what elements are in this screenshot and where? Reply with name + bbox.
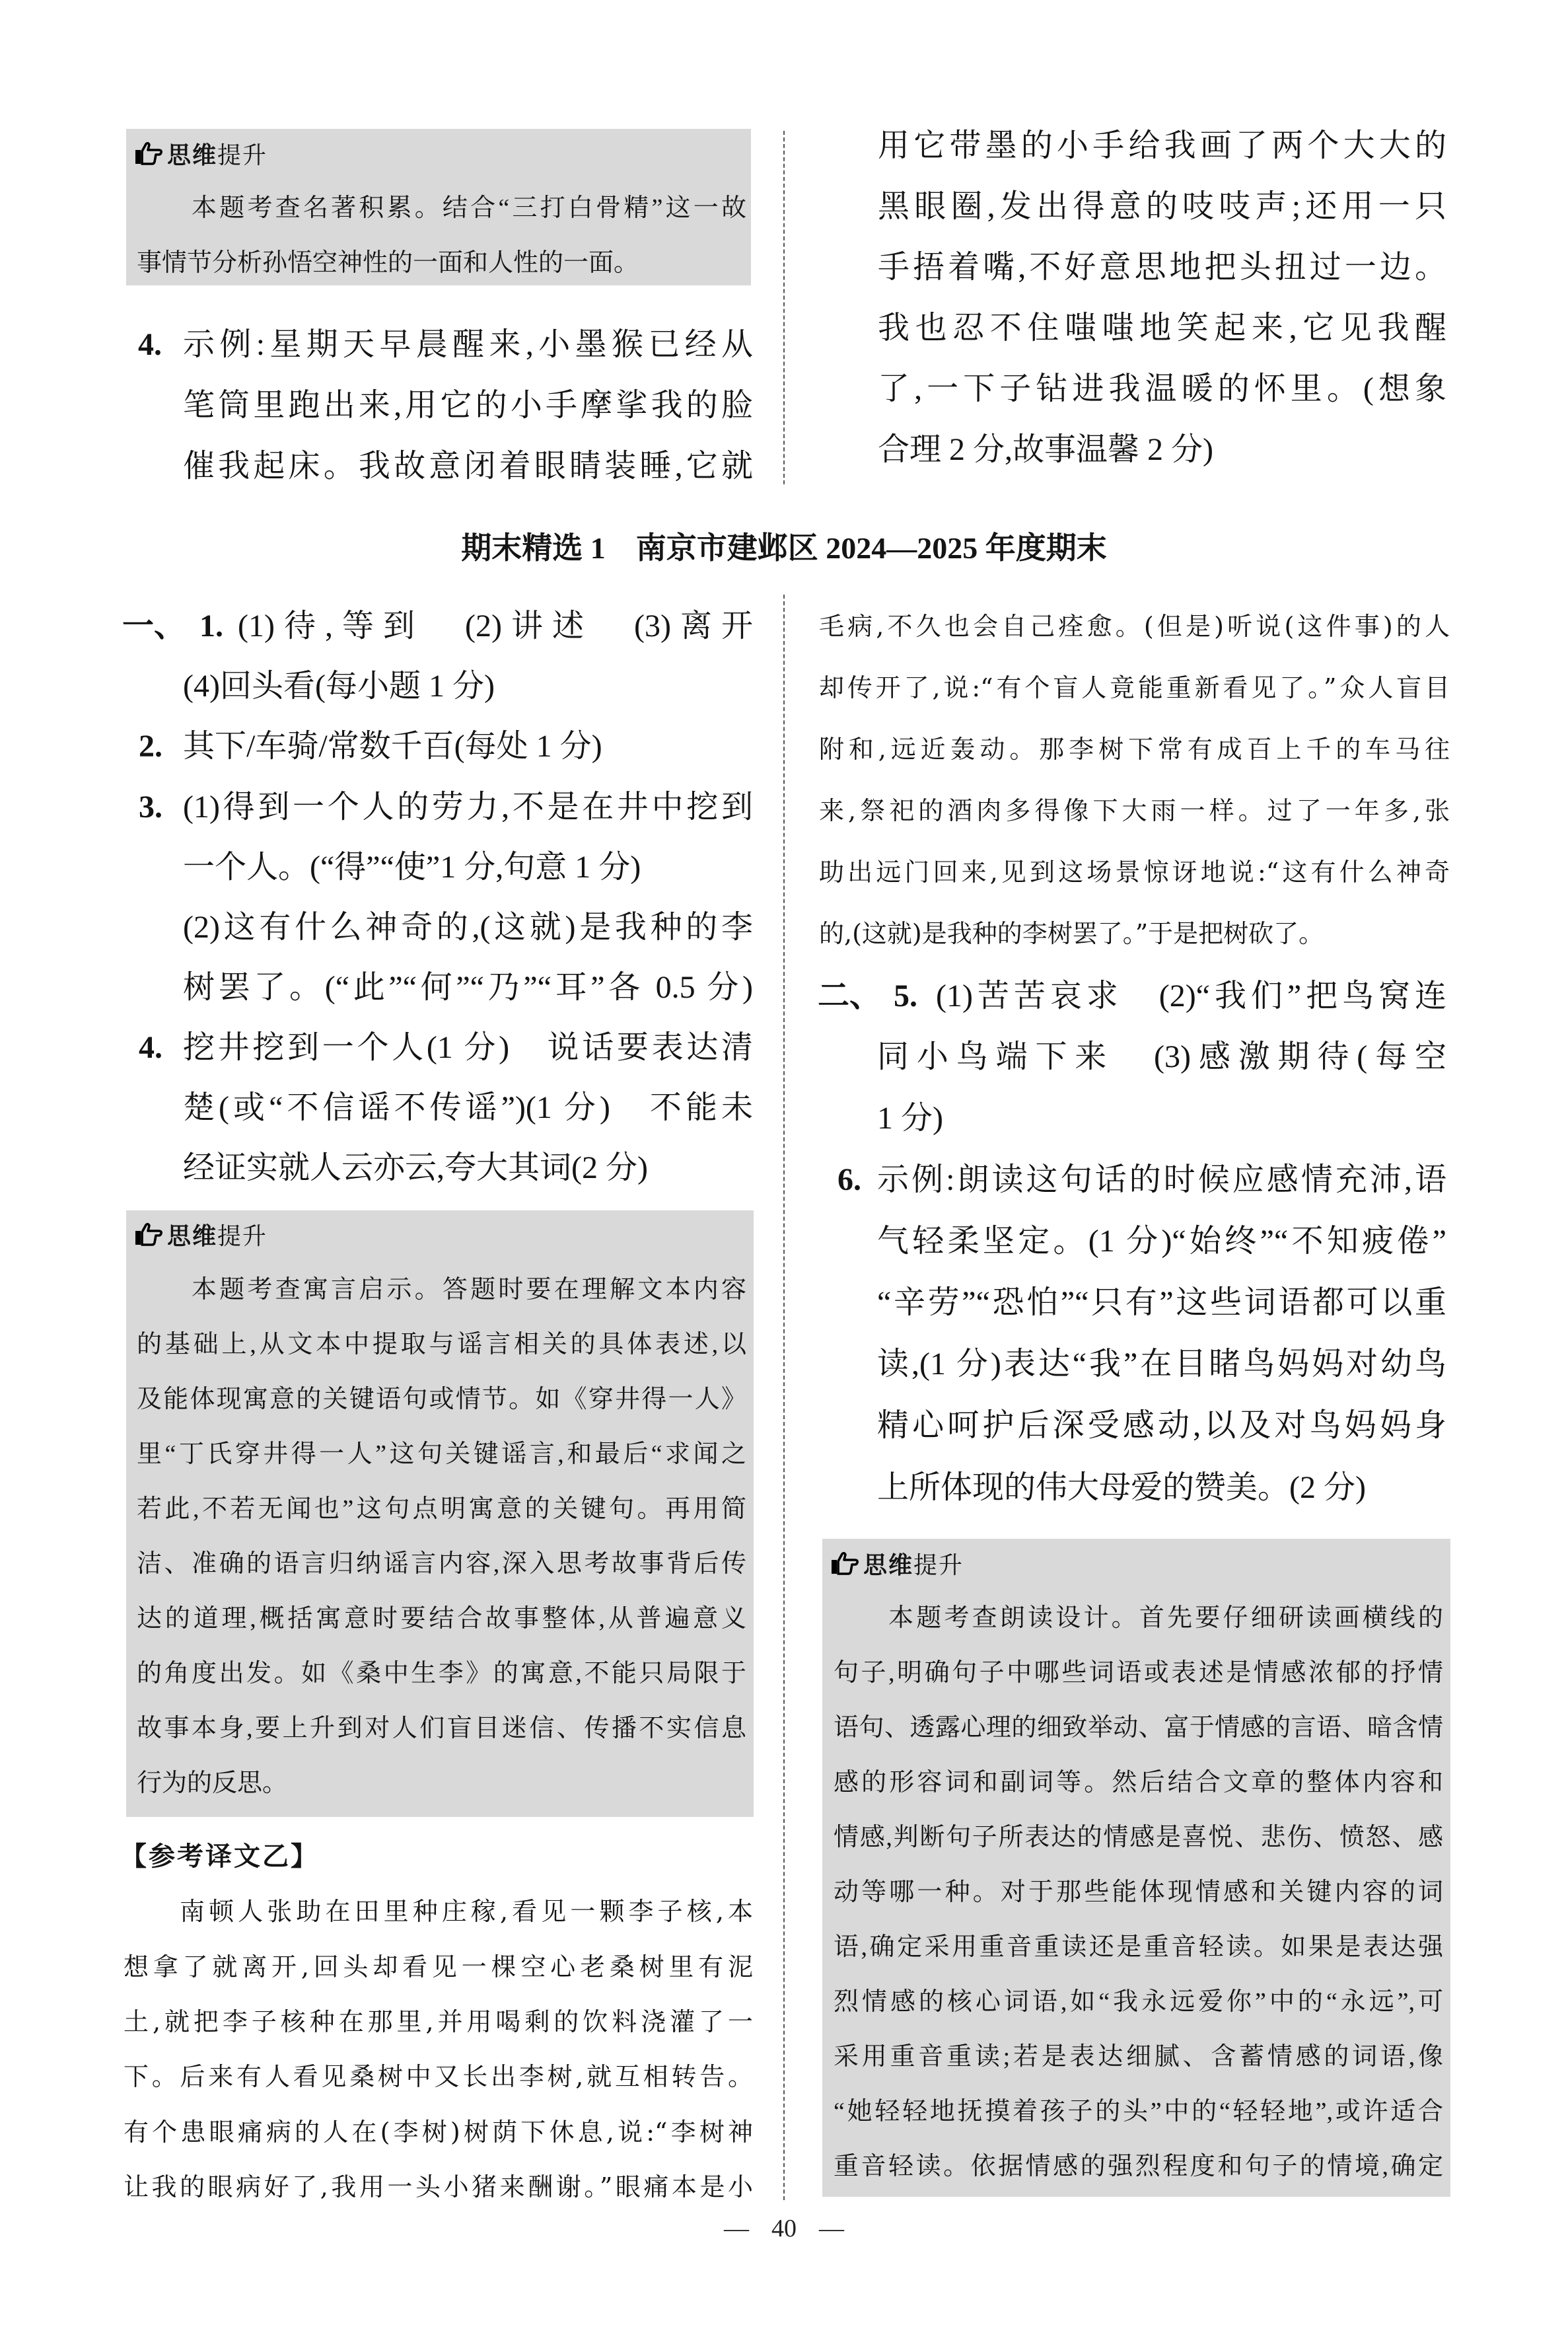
- answer-line: 手捂着嘴,不好意思地把头扭过一边。: [878, 241, 1446, 294]
- question-number: 6.: [837, 1154, 861, 1206]
- answer-line: 挖井挖到一个人(1 分) 说话要表达清: [183, 1021, 753, 1074]
- tip-label-rest: 提升: [217, 137, 267, 170]
- tip-box-label: 思维提升: [134, 1220, 267, 1249]
- column-divider-top: [783, 131, 785, 484]
- tip-line: 动等哪一种。对于那些能体现情感和关键内容的词: [834, 1866, 1443, 1919]
- answer-line: 一个人。(“得”“使”1 分,句意 1 分): [183, 841, 753, 894]
- answer-line: (1)待,等到 (2)讲述 (3)离开: [238, 600, 753, 653]
- footer-dash-left: —: [724, 2214, 749, 2243]
- answer-line: 笔筒里跑出来,用它的小手摩挲我的脸: [183, 379, 753, 432]
- column-divider: [783, 595, 785, 2200]
- answer-line: 经证实就人云亦云,夸大其词(2 分): [183, 1142, 753, 1195]
- answer-line: (1)苦苦哀求 (2)“我们”把鸟窝连: [936, 970, 1446, 1023]
- answer-line: 了,一下子钻进我温暖的怀里。(想象: [878, 363, 1446, 416]
- tip-line: 行为的反思。: [137, 1757, 746, 1810]
- question-number: 1.: [199, 600, 223, 653]
- tip-label-strong: 思维: [863, 1547, 913, 1580]
- tip-line: 的角度出发。如《桑中生李》的寓意,不能只局限于: [137, 1647, 746, 1700]
- answer-line: (4)回头看(每小题 1 分): [183, 660, 753, 713]
- tip-line: 本题考查寓言启示。答题时要在理解文本内容: [192, 1263, 746, 1316]
- tip-line: 句子,明确句子中哪些词语或表述是情感浓郁的抒情: [834, 1646, 1443, 1699]
- answer-line: 气轻柔坚定。(1 分)“始终”“不知疲倦”: [877, 1215, 1446, 1268]
- answer-line: 催我起床。我故意闭着眼睛装睡,它就: [183, 440, 753, 493]
- footer-dash-right: —: [819, 2214, 844, 2243]
- part-marker: 二、: [818, 970, 881, 1023]
- part-marker: 一、: [122, 600, 186, 653]
- tip-label-rest: 提升: [217, 1218, 267, 1251]
- tip-label-strong: 思维: [167, 1218, 217, 1251]
- tip-line: 故事本身,要上升到对人们盲目迷信、传播不实信息: [137, 1702, 746, 1755]
- pointing-hand-icon: [134, 141, 163, 165]
- pointing-hand-icon: [830, 1551, 859, 1575]
- translation-line: 南顿人张助在田里种庄稼,看见一颗李子核,本: [180, 1885, 753, 1938]
- tip-label-rest: 提升: [913, 1547, 964, 1580]
- page-number: 40: [771, 2214, 797, 2243]
- translation-line: 却传开了,说:“有个盲人竟能重新看见了。”众人盲目: [819, 661, 1450, 714]
- tip-line: 感的形容词和副词等。然后结合文章的整体内容和: [834, 1756, 1443, 1809]
- section-title: 期末精选 1 南京市建邺区 2024—2025 年度期末: [0, 522, 1568, 575]
- answer-line: 用它带墨的小手给我画了两个大大的: [878, 120, 1446, 172]
- tip-line: 的基础上,从文本中提取与谣言相关的具体表述,以: [137, 1318, 746, 1371]
- answer-line: 1 分): [877, 1092, 1446, 1145]
- answer-line: (1)得到一个人的劳力,不是在井中挖到: [183, 781, 753, 834]
- tip-line: 重音轻读。依据情感的强烈程度和句子的情境,确定: [834, 2140, 1443, 2193]
- answer-line: 黑眼圈,发出得意的吱吱声;还用一只: [878, 180, 1446, 233]
- translation-line: 让我的眼病好了,我用一头小猪来酬谢。”眼痛本是小: [124, 2160, 753, 2213]
- answer-line: 合理 2 分,故事温馨 2 分): [878, 424, 1446, 476]
- question-number: 4.: [138, 318, 162, 371]
- page-footer: — 40 —: [0, 2212, 1568, 2245]
- answer-line: 示例:朗读这句话的时候应感情充沛,语: [877, 1154, 1446, 1206]
- question-number: 5.: [894, 970, 917, 1023]
- answer-line: “辛劳”“恐怕”“只有”这些词语都可以重: [877, 1276, 1446, 1329]
- translation-line: 土,就把李子核种在那里,并用喝剩的饮料浇灌了一: [124, 1995, 753, 2048]
- translation-line: 助出远门回来,见到这场景惊讶地说:“这有什么神奇: [819, 846, 1450, 899]
- translation-line: 毛病,不久也会自己痊愈。(但是)听说(这件事)的人: [819, 600, 1450, 653]
- translation-heading: 【参考译文乙】: [120, 1830, 319, 1883]
- tip-line: 事情节分析孙悟空神性的一面和人性的一面。: [137, 237, 746, 289]
- tip-line: 语,确定采用重音重读还是重音轻读。如果是表达强: [834, 1921, 1443, 1974]
- tip-label-strong: 思维: [167, 137, 217, 170]
- tip-line: 采用重音重读;若是表达细腻、含蓄情感的词语,像: [834, 2030, 1443, 2083]
- answer-line: 同小鸟端下来 (3)感激期待(每空: [877, 1031, 1446, 1084]
- translation-line: 的,(这就)是我种的李树罢了。”于是把树砍了。: [819, 907, 1450, 960]
- tip-line: 烈情感的核心词语,如“我永远爱你”中的“永远”,可: [834, 1975, 1443, 2028]
- answer-line: 精心呵护后深受感动,以及对鸟妈妈身: [877, 1399, 1446, 1452]
- tip-line: 里“丁氏穿井得一人”这句关键谣言,和最后“求闻之: [137, 1428, 746, 1481]
- answer-line: 示例:星期天早晨醒来,小墨猴已经从: [183, 318, 753, 371]
- translation-line: 下。后来有人看见桑树中又长出李树,就互相转告。: [124, 2050, 753, 2103]
- tip-line: 语句、透露心理的细致举动、富于情感的言语、暗含情: [834, 1701, 1443, 1754]
- tip-line: “她轻轻地抚摸着孩子的头”中的“轻轻地”,或许适合: [834, 2085, 1443, 2138]
- answer-line: 其下/车骑/常数千百(每处 1 分): [183, 720, 753, 773]
- tip-line: 情感,判断句子所表达的情感是喜悦、悲伤、愤怒、感: [834, 1811, 1443, 1864]
- question-number: 4.: [139, 1021, 162, 1074]
- answer-line: (2)这有什么神奇的,(这就)是我种的李: [183, 901, 753, 954]
- answer-line: 我也忍不住嗤嗤地笑起来,它见我醒: [878, 302, 1446, 355]
- pointing-hand-icon: [134, 1222, 163, 1246]
- answer-line: 读,(1 分)表达“我”在目睹鸟妈妈对幼鸟: [877, 1338, 1446, 1391]
- answer-line: 上所体现的伟大母爱的赞美。(2 分): [877, 1461, 1446, 1514]
- tip-line: 达的道理,概括寓意时要结合故事整体,从普遍意义: [137, 1592, 746, 1645]
- translation-line: 附和,远近轰动。那李树下常有成百上千的车马往: [819, 723, 1450, 776]
- translation-line: 有个患眼痛病的人在(李树)树荫下休息,说:“李树神: [124, 2106, 753, 2159]
- tip-line: 本题考查朗读设计。首先要仔细研读画横线的: [888, 1592, 1443, 1644]
- tip-box-label: 思维提升: [830, 1549, 964, 1578]
- translation-line: 来,祭祀的酒肉多得像下大雨一样。过了一年多,张: [819, 784, 1450, 837]
- tip-line: 及能体现寓意的关键语句或情节。如《穿井得一人》: [137, 1373, 746, 1426]
- answer-line: 树罢了。(“此”“何”“乃”“耳”各 0.5 分): [183, 961, 753, 1014]
- tip-line: 本题考查名著积累。结合“三打白骨精”这一故: [192, 182, 746, 235]
- question-number: 2.: [139, 720, 162, 773]
- tip-line: 洁、准确的语言归纳谣言内容,深入思考故事背后传: [137, 1537, 746, 1590]
- answer-line: 楚(或“不信谣不传谣”)(1 分) 不能未: [183, 1082, 753, 1134]
- translation-line: 想拿了就离开,回头却看见一棵空心老桑树里有泥: [124, 1940, 753, 1993]
- tip-line: 若此,不若无闻也”这句点明寓意的关键句。再用简: [137, 1483, 746, 1535]
- question-number: 3.: [139, 781, 162, 834]
- tip-box-label: 思维提升: [134, 139, 267, 168]
